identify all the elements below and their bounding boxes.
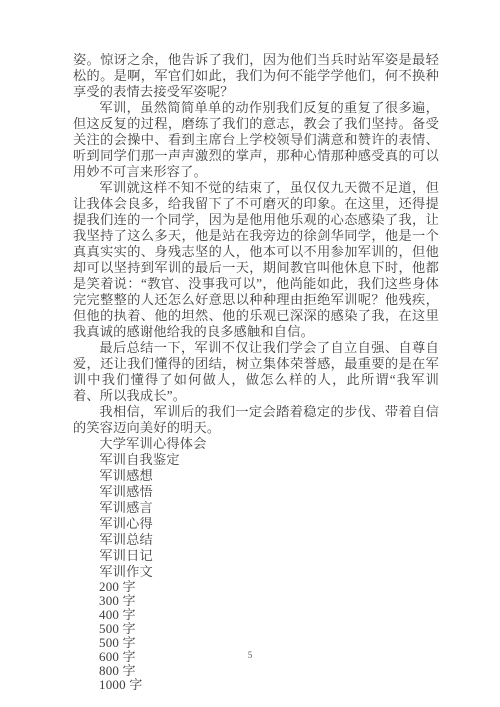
related-title: 军训心得 [73,516,439,532]
document-page: 姿。惊讶之余，他告诉了我们，因为他们当兵时站军姿是最轻松的。是啊，军官们如此，我… [0,0,500,707]
related-title: 军训自我鉴定 [73,452,439,468]
related-titles-list: 大学军训心得体会军训自我鉴定军训感想军训感悟军训感言军训心得军训总结军训日记军训… [73,436,439,580]
paragraph: 军训就这样不知不觉的结束了，虽仅仅九天微不足道，但让我体会良多，给我留下了不可磨… [73,180,439,340]
related-title: 军训感言 [73,500,439,516]
word-count: 500 字 [73,636,439,650]
related-title: 大学军训心得体会 [73,436,439,452]
word-count: 200 字 [73,580,439,594]
document-content: 姿。惊讶之余，他告诉了我们，因为他们当兵时站军姿是最轻松的。是啊，军官们如此，我… [73,52,439,692]
page-number: 5 [0,650,500,660]
related-title: 军训感悟 [73,484,439,500]
paragraph: 姿。惊讶之余，他告诉了我们，因为他们当兵时站军姿是最轻松的。是啊，军官们如此，我… [73,52,439,100]
word-count: 800 字 [73,664,439,678]
paragraph: 最后总结一下，军训不仅让我们学会了自立自强、自尊自爱，还让我们懂得的团结，树立集… [73,340,439,404]
word-count: 500 字 [73,622,439,636]
word-count: 400 字 [73,608,439,622]
related-title: 军训作文 [73,564,439,580]
related-title: 军训总结 [73,532,439,548]
related-title: 军训感想 [73,468,439,484]
paragraph: 军训，虽然简简单单的动作别我们反复的重复了很多遍，但这反复的过程，磨练了我们的意… [73,100,439,180]
related-title: 军训日记 [73,548,439,564]
word-count-list: 200 字300 字400 字500 字500 字600 字800 字1000 … [73,580,439,692]
paragraph-container: 姿。惊讶之余，他告诉了我们，因为他们当兵时站军姿是最轻松的。是啊，军官们如此，我… [73,52,439,436]
word-count: 300 字 [73,594,439,608]
paragraph: 我相信，军训后的我们一定会踏着稳定的步伐、带着自信的笑容迈向美好的明天。 [73,404,439,436]
word-count: 1000 字 [73,678,439,692]
